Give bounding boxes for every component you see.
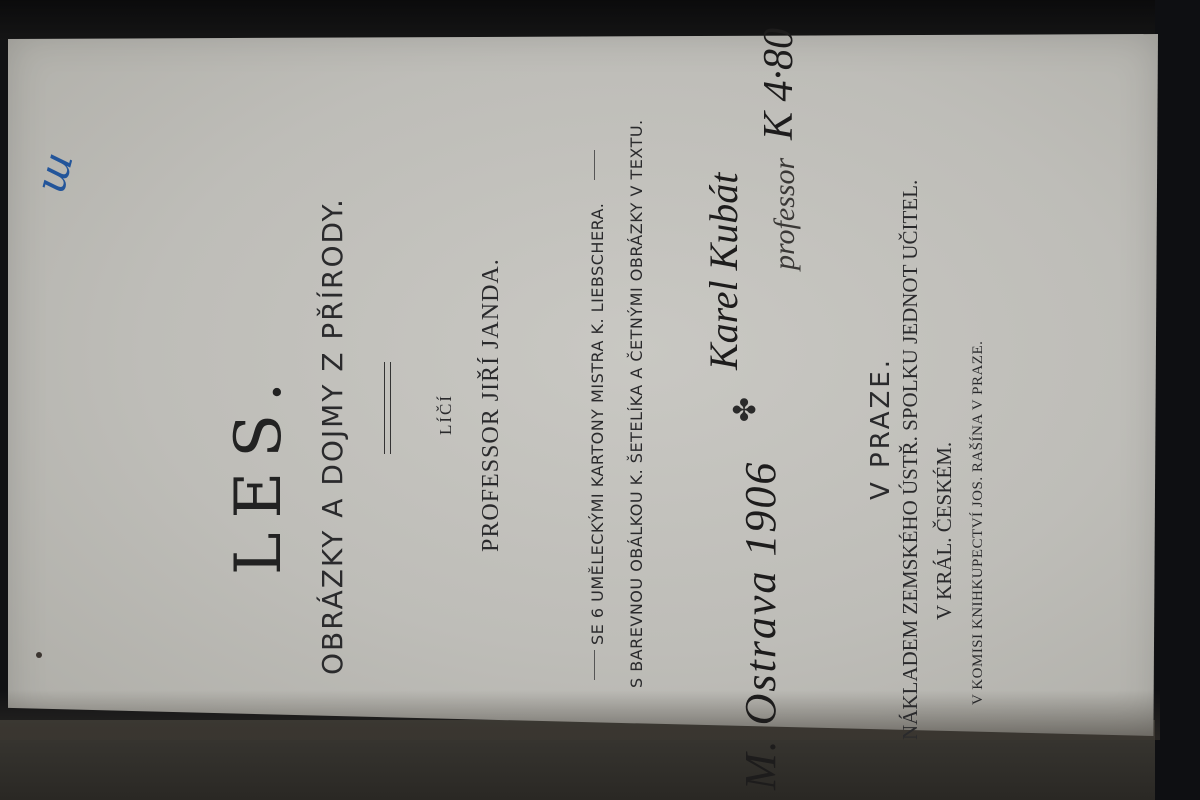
handwritten-signature-name: Karel Kubát (700, 173, 747, 370)
background-top (0, 0, 1200, 40)
cover-credit: S BAREVNOU OBÁLKOU K. ŠETELÍKA A ČETNÝMI… (627, 119, 646, 688)
by-label: LÍČÍ (436, 394, 456, 435)
clover-ornament-icon: ✤ (728, 397, 763, 422)
publisher-line: NÁKLADEM ZEMSKÉHO ÚSTŘ. SPOLKU JEDNOT UČ… (898, 180, 923, 740)
dash-rule-left (594, 650, 596, 680)
ink-spot (36, 652, 42, 658)
illustrations-credit: SE 6 UMĚLECKÝMI KARTONY MISTRA K. LIEBSC… (588, 203, 607, 645)
commission-line: V KOMISI KNIHKUPECTVÍ JOS. RAŠÍNA V PRAZ… (970, 341, 987, 705)
handwritten-place-date: M. Ostrava 1906 (735, 461, 786, 790)
handwritten-signature-role: professor (768, 158, 802, 270)
double-rule-divider (384, 362, 391, 454)
region-line: V KRÁL. ČESKÉM. (932, 442, 957, 620)
book-subtitle: OBRÁZKY A DOJMY Z PŘÍRODY. (316, 197, 349, 675)
photo-scene: ш LES. OBRÁZKY A DOJMY Z PŘÍRODY. LÍČÍ P… (0, 0, 1200, 800)
handwritten-price: K 4·80 (755, 28, 803, 140)
background-right (1155, 0, 1200, 800)
dash-rule-right (594, 150, 596, 180)
publication-city: V PRAZE. (866, 357, 896, 500)
author-name: PROFESSOR JIŘÍ JANDA. (478, 258, 505, 552)
book-title: LES. (222, 368, 296, 575)
